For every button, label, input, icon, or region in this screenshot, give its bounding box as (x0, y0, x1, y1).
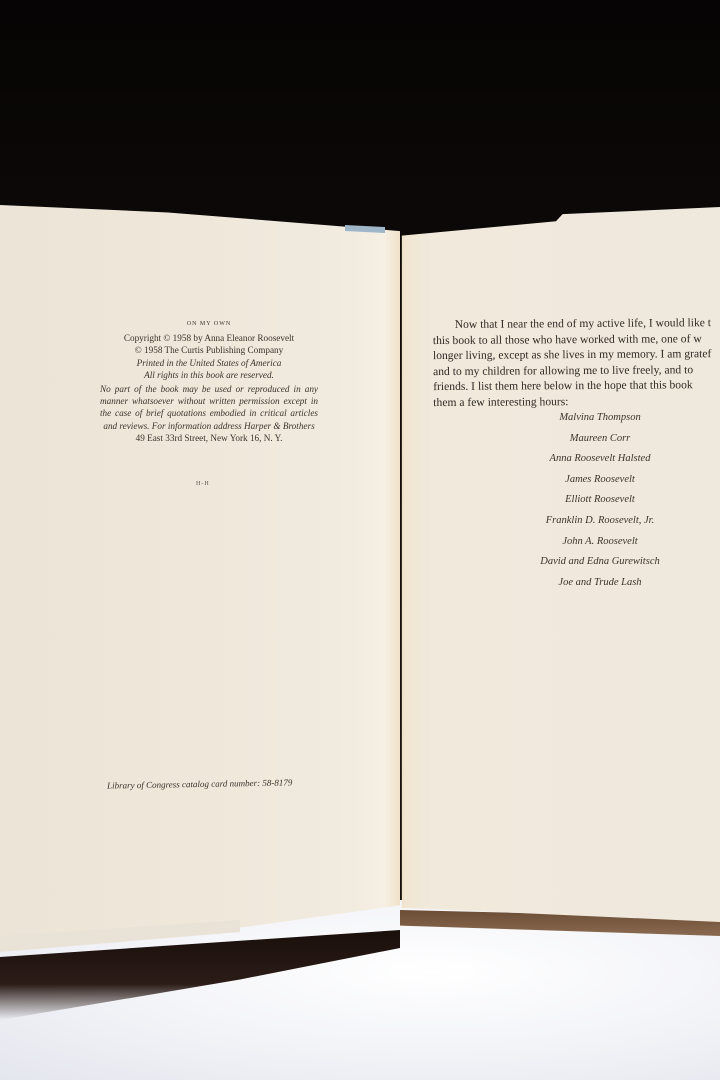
name-item: John A. Roosevelt (500, 532, 700, 553)
publisher-address: 49 East 33rd Street, New York 16, N. Y. (100, 432, 318, 444)
dedication-line: friends. I list them here below in the h… (433, 377, 720, 395)
dedication-names: Malvina Thompson Maureen Corr Anna Roose… (500, 408, 700, 593)
name-item: David and Edna Gurewitsch (500, 552, 700, 573)
dedication-line: longer living, except as she lives in my… (433, 346, 720, 364)
book-title-small: On My Own (100, 318, 318, 330)
copyright-line: Printed in the United States of America (100, 357, 318, 369)
rights-reserved: All rights in this book are reserved. (100, 369, 318, 381)
name-item: Joe and Trude Lash (500, 573, 700, 594)
dedication-paragraph: Now that I near the end of my active lif… (433, 315, 720, 410)
left-page (0, 205, 400, 950)
name-item: James Roosevelt (500, 470, 700, 491)
photo-scene: On My Own Copyright © 1958 by Anna Elean… (0, 0, 720, 1080)
publisher-mark: H-H (196, 481, 210, 487)
name-item: Anna Roosevelt Halsted (500, 449, 700, 470)
name-item: Maureen Corr (500, 429, 700, 450)
rights-text: No part of the book may be used or repro… (100, 383, 318, 432)
name-item: Franklin D. Roosevelt, Jr. (500, 511, 700, 532)
name-item: Elliott Roosevelt (500, 490, 700, 511)
dedication-line: Now that I near the end of my active lif… (433, 315, 720, 333)
copyright-block: On My Own Copyright © 1958 by Anna Elean… (100, 318, 318, 444)
copyright-line: Copyright © 1958 by Anna Eleanor Rooseve… (100, 332, 318, 344)
copyright-line: © 1958 The Curtis Publishing Company (100, 344, 318, 356)
name-item: Malvina Thompson (500, 408, 700, 429)
